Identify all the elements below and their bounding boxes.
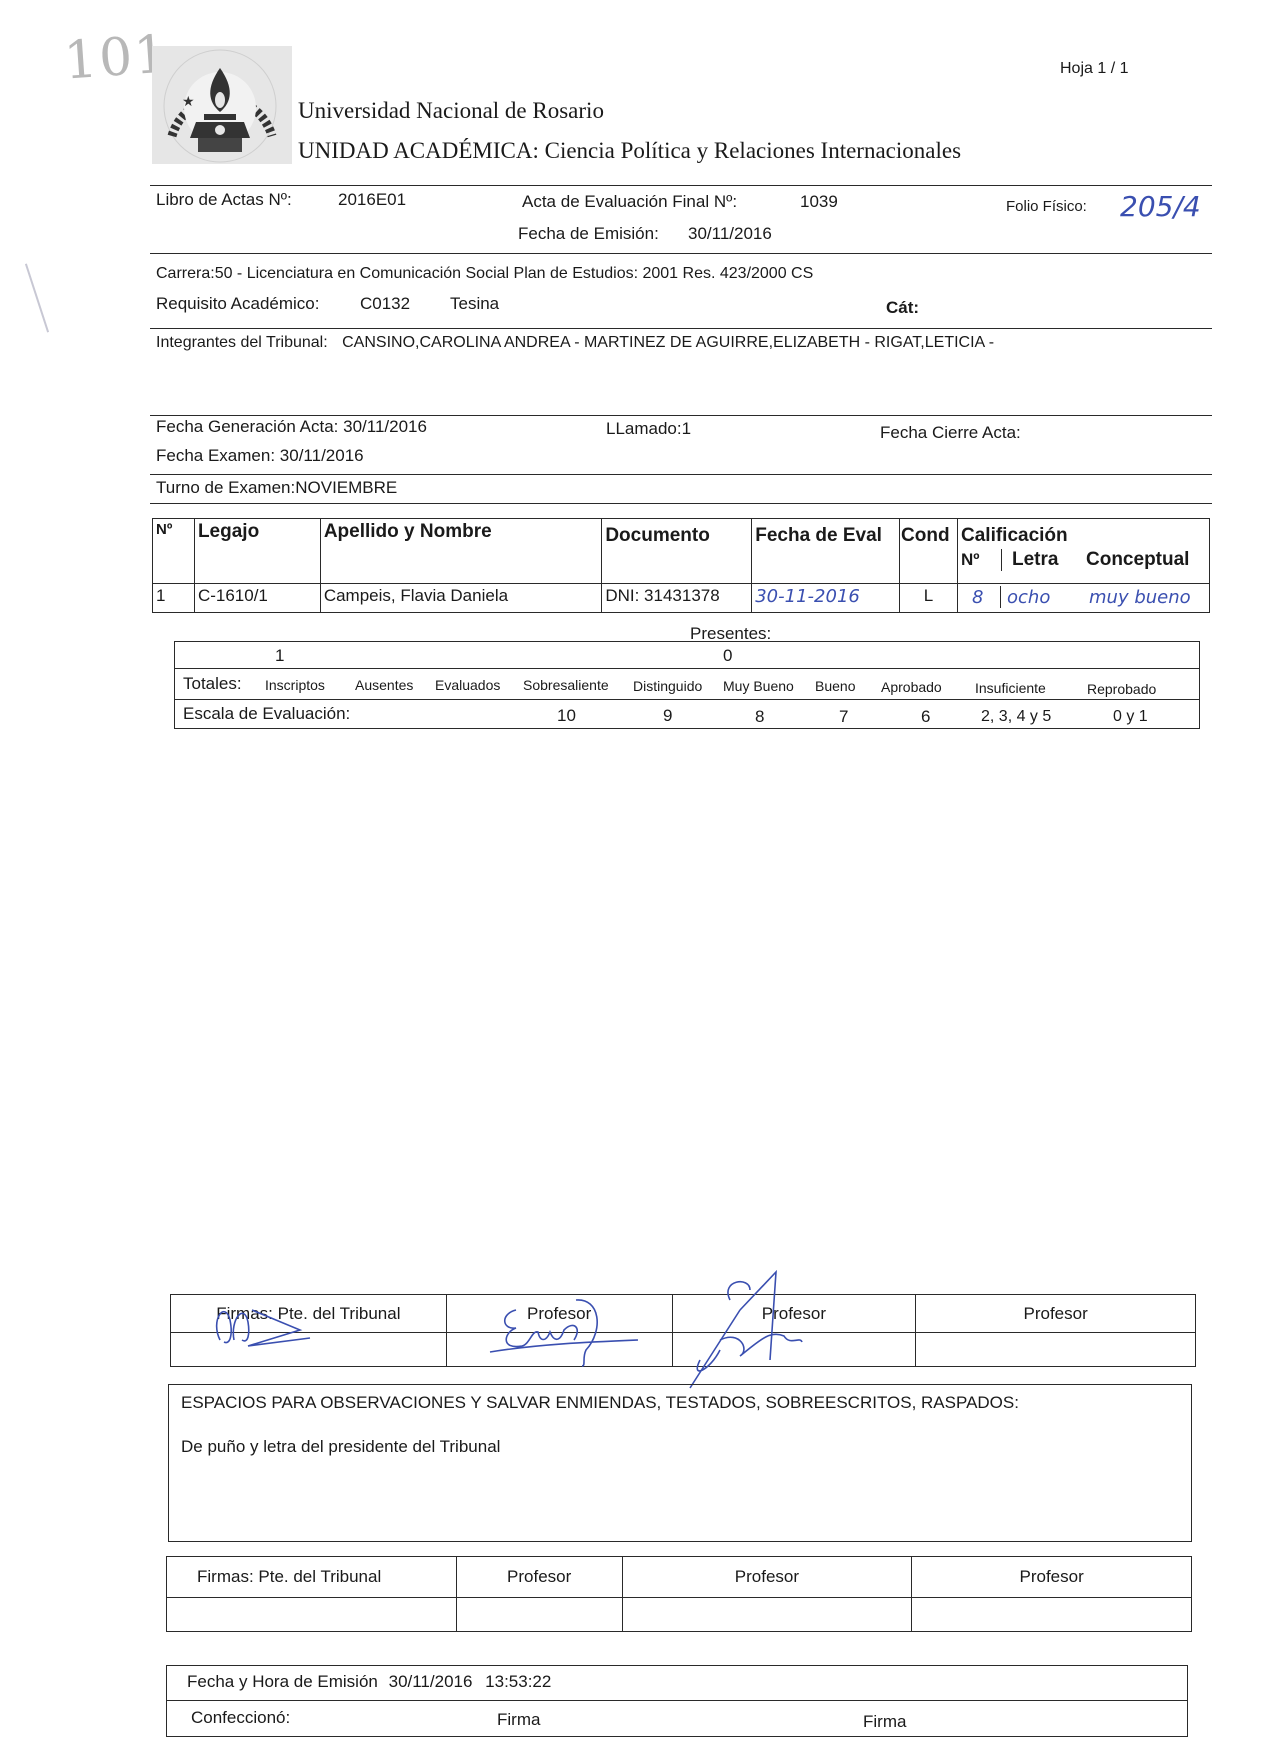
escala-aprobado: 6	[921, 707, 930, 727]
academic-unit: UNIDAD ACADÉMICA: Ciencia Política y Rel…	[298, 138, 961, 164]
emision-label: Fecha de Emisión:	[518, 224, 659, 244]
col-ausentes: Ausentes	[355, 677, 413, 693]
libro-value: 2016E01	[338, 190, 406, 210]
totals-block: 1 0 Totales: Inscriptos Ausentes Evaluad…	[174, 641, 1200, 729]
header-calificacion: Calificación Nº Letra Conceptual	[958, 519, 1210, 584]
col-bueno: Bueno	[815, 678, 855, 694]
col-distinguido: Distinguido	[633, 678, 702, 694]
totales-label: Totales:	[183, 674, 242, 694]
confecciono-label: Confeccionó:	[191, 1708, 290, 1728]
llamado-value: 1	[682, 419, 691, 438]
escala-insuficiente: 2, 3, 4 y 5	[981, 708, 1051, 726]
col-inscriptos: Inscriptos	[265, 677, 325, 693]
divider	[167, 1700, 1187, 1701]
escala-sobresaliente: 10	[557, 706, 576, 726]
subheader-letra: Letra	[1012, 549, 1086, 571]
sig2-label-profesor-1: Profesor	[456, 1557, 622, 1598]
observations-subtitle: De puño y letra del presidente del Tribu…	[181, 1437, 500, 1457]
firma-label-2: Firma	[863, 1712, 906, 1732]
firma-label-1: Firma	[497, 1710, 540, 1730]
university-name: Universidad Nacional de Rosario	[298, 98, 604, 124]
tribunal-members: CANSINO,CAROLINA ANDREA - MARTINEZ DE AG…	[342, 334, 994, 351]
cat-label: Cát:	[886, 298, 919, 318]
escala-distinguido: 9	[663, 706, 672, 726]
signature-field-presidente[interactable]	[167, 1597, 457, 1631]
escala-reprobado: 0 y 1	[1113, 708, 1148, 726]
subheader-conceptual: Conceptual	[1086, 549, 1189, 571]
header-documento: Documento	[602, 519, 752, 584]
university-logo: ★	[152, 46, 292, 164]
cal-conceptual-handwritten: muy bueno	[1089, 587, 1191, 608]
col-muy-bueno: Muy Bueno	[723, 678, 794, 694]
col-insuficiente: Insuficiente	[975, 680, 1046, 696]
grades-table: Nº Legajo Apellido y Nombre Documento Fe…	[152, 518, 1210, 613]
signatures-sign-row	[167, 1597, 1192, 1631]
divider	[150, 474, 1212, 475]
table-row: 1 C-1610/1 Campeis, Flavia Daniela DNI: …	[153, 584, 1210, 613]
divider	[150, 253, 1212, 254]
presentes-value: 0	[723, 646, 732, 666]
header-nombre: Apellido y Nombre	[320, 519, 602, 584]
col-evaluados: Evaluados	[435, 677, 500, 693]
header-cond: Cond	[900, 519, 958, 584]
cell-legajo: C-1610/1	[194, 584, 320, 613]
cell-nro: 1	[153, 584, 195, 613]
divider	[150, 328, 1212, 329]
margin-mark	[25, 263, 49, 332]
cell-fecha-eval: 30-11-2016	[752, 584, 900, 613]
signature-field-profesor-3[interactable]	[912, 1597, 1192, 1631]
cal-divider	[1000, 586, 1001, 608]
sig2-label-profesor-2: Profesor	[622, 1557, 912, 1598]
signature-field-profesor-1[interactable]	[456, 1597, 622, 1631]
tribunal-label: Integrantes del Tribunal:	[156, 334, 328, 351]
folio-handwritten-value: 205/4	[1120, 190, 1201, 223]
handwritten-signature-icon	[200, 1290, 340, 1360]
emision-value: 30/11/2016	[688, 224, 772, 244]
tribunal-line: Integrantes del Tribunal: CANSINO,CAROLI…	[156, 334, 994, 352]
generacion-value: 30/11/2016	[343, 417, 427, 436]
generacion-label: Fecha Generación Acta:	[156, 417, 338, 436]
col-aprobado: Aprobado	[881, 679, 942, 695]
emision-label: Fecha y Hora de Emisión	[187, 1672, 378, 1691]
turno-line: Turno de Examen:NOVIEMBRE	[156, 478, 397, 498]
requisito-label: Requisito Académico:	[156, 294, 319, 314]
signatures-labels-row: Firmas: Pte. del Tribunal Profesor Profe…	[167, 1557, 1192, 1598]
header-nro: Nº	[153, 519, 195, 584]
sig1-label-profesor-3: Profesor	[916, 1295, 1196, 1333]
calificacion-values: 8 ocho muy bueno	[972, 586, 1209, 608]
llamado-label: LLamado:	[606, 419, 682, 438]
col-sobresaliente: Sobresaliente	[523, 677, 609, 693]
table-header-row: Nº Legajo Apellido y Nombre Documento Fe…	[153, 519, 1210, 584]
libro-label: Libro de Actas Nº:	[156, 190, 292, 210]
sig2-label-presidente: Firmas: Pte. del Tribunal	[167, 1557, 457, 1598]
emision-line: Fecha y Hora de Emisión 30/11/2016 13:53…	[187, 1672, 551, 1692]
divider	[150, 503, 1212, 504]
cierre-label: Fecha Cierre Acta:	[880, 423, 1021, 443]
carrera-value: 50 - Licenciatura en Comunicación Social…	[215, 265, 814, 282]
emision-time: 13:53:22	[485, 1672, 551, 1691]
acta-label: Acta de Evaluación Final Nº:	[522, 192, 737, 212]
examen-value: 30/11/2016	[280, 446, 364, 465]
turno-value: NOVIEMBRE	[295, 478, 397, 497]
turno-label: Turno de Examen:	[156, 478, 295, 497]
carrera-line: Carrera:50 - Licenciatura en Comunicació…	[156, 265, 813, 283]
subheader-nro: Nº	[961, 550, 1001, 570]
folio-label: Folio Físico:	[1006, 198, 1087, 215]
subheader-divider	[1001, 549, 1002, 571]
emision-date: 30/11/2016	[389, 1672, 473, 1691]
cal-letra-handwritten: ocho	[1007, 587, 1089, 608]
requisito-name: Tesina	[450, 294, 499, 314]
header-fecha-eval: Fecha de Eval	[752, 519, 900, 584]
divider	[150, 415, 1212, 416]
examen-label: Fecha Examen:	[156, 446, 275, 465]
signature-field-profesor-2[interactable]	[622, 1597, 912, 1631]
escala-label: Escala de Evaluación:	[183, 704, 350, 724]
handwritten-signature-icon	[470, 1280, 650, 1370]
totals-labels-row: Totales: Inscriptos Ausentes Evaluados S…	[175, 669, 1199, 700]
signature-field-profesor-3[interactable]	[916, 1333, 1196, 1367]
header-legajo: Legajo	[194, 519, 320, 584]
examen-line: Fecha Examen: 30/11/2016	[156, 446, 364, 466]
escala-row: Escala de Evaluación: 10 9 8 7 6 2, 3, 4…	[175, 700, 1199, 728]
escala-muy-bueno: 8	[755, 707, 764, 727]
cell-cond: L	[900, 584, 958, 613]
inscriptos-value: 1	[275, 646, 284, 666]
signatures-table-2: Firmas: Pte. del Tribunal Profesor Profe…	[166, 1556, 1192, 1632]
observations-title: ESPACIOS PARA OBSERVACIONES Y SALVAR ENM…	[181, 1393, 1141, 1413]
carrera-label: Carrera:	[156, 265, 215, 282]
svg-text:★: ★	[182, 94, 195, 110]
llamado-line: LLamado:1	[606, 419, 691, 439]
generacion-line: Fecha Generación Acta: 30/11/2016	[156, 417, 427, 437]
cal-nro-handwritten: 8	[972, 587, 1000, 608]
cell-calificacion: 8 ocho muy bueno	[958, 584, 1210, 613]
requisito-code: C0132	[360, 294, 410, 314]
cell-documento: DNI: 31431378	[602, 584, 752, 613]
totals-values-row: 1 0	[175, 642, 1199, 669]
university-seal-icon: ★	[152, 46, 292, 164]
calificacion-subheaders: Nº Letra Conceptual	[961, 549, 1206, 571]
observations-box[interactable]: ESPACIOS PARA OBSERVACIONES Y SALVAR ENM…	[168, 1384, 1192, 1542]
page-indicator: Hoja 1 / 1	[1060, 60, 1128, 78]
emision-box: Fecha y Hora de Emisión 30/11/2016 13:53…	[166, 1665, 1188, 1737]
calificacion-title: Calificación	[961, 525, 1206, 547]
divider	[150, 185, 1212, 186]
cell-nombre: Campeis, Flavia Daniela	[320, 584, 602, 613]
sig2-label-profesor-3: Profesor	[912, 1557, 1192, 1598]
acta-value: 1039	[800, 192, 838, 212]
col-reprobado: Reprobado	[1087, 681, 1156, 697]
handwritten-signature-icon	[680, 1270, 840, 1390]
escala-bueno: 7	[839, 707, 848, 727]
